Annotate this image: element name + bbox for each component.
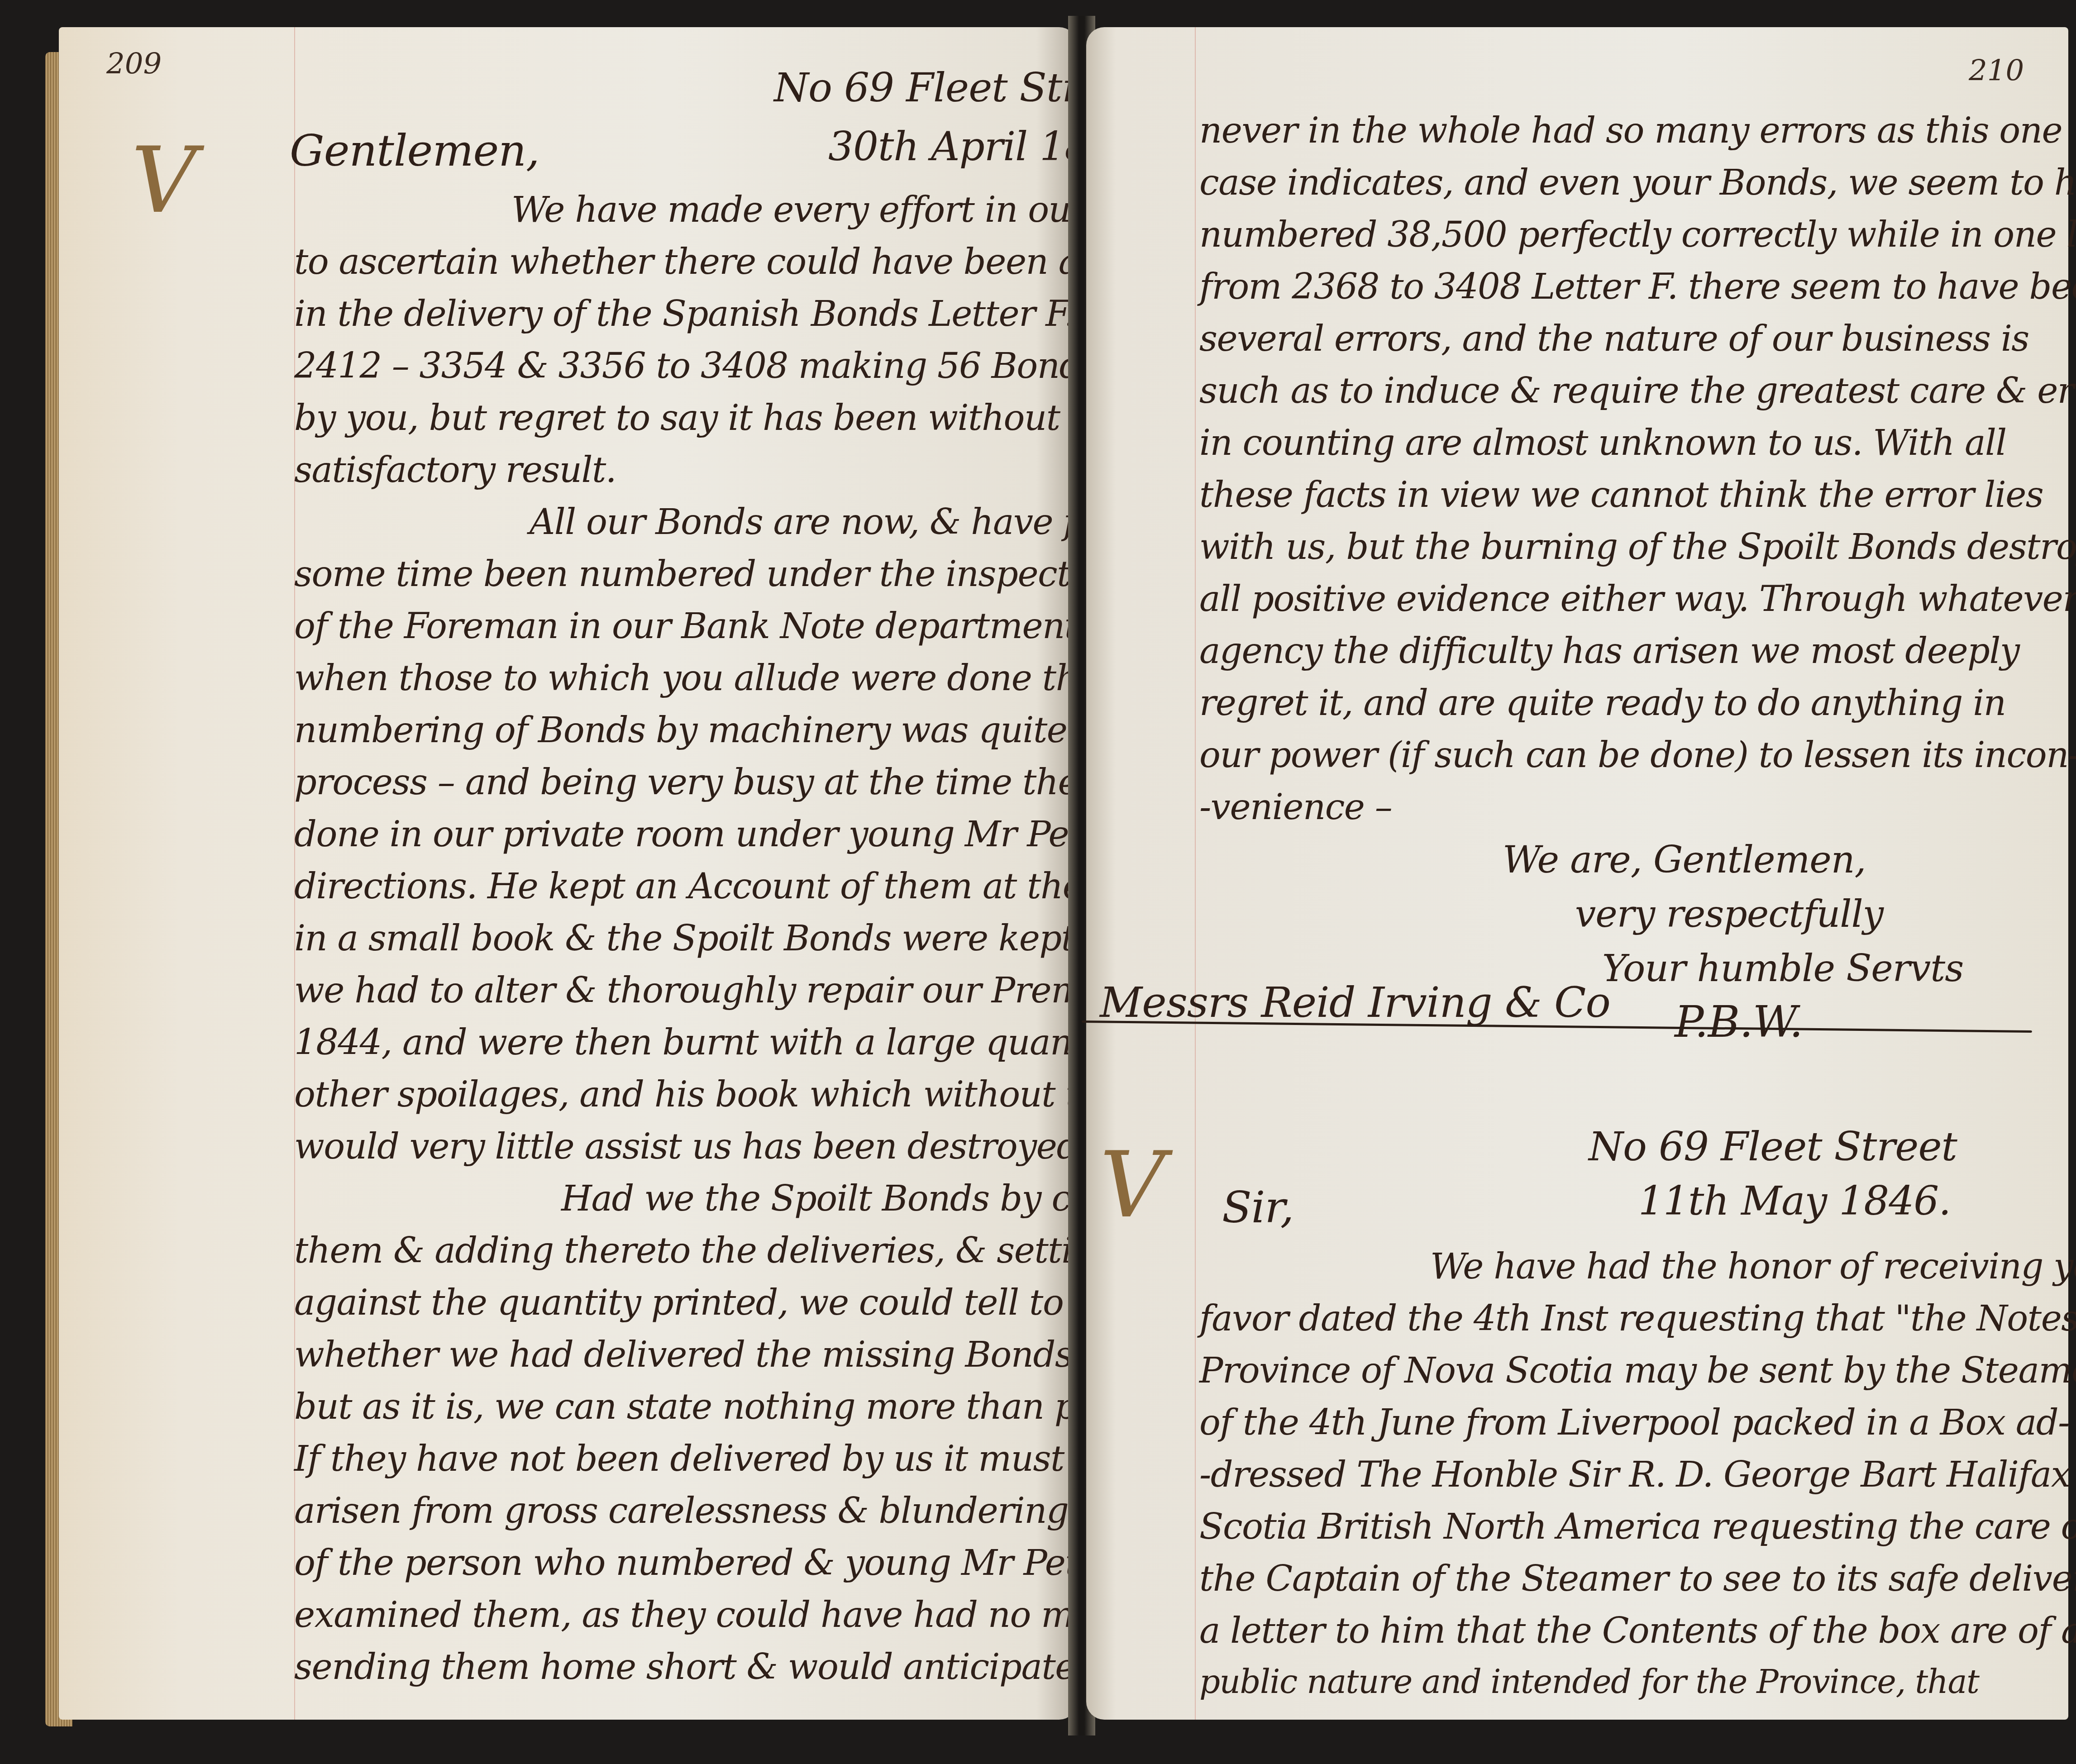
- letter-line: several errors, and the nature of our bu…: [1199, 321, 2029, 357]
- letter-line: in a small book & the Spoilt Bonds were …: [294, 921, 1164, 956]
- letter-salutation: Gentlemen,: [290, 129, 539, 172]
- letter-line: of the person who numbered & young Mr Pe…: [294, 1545, 1203, 1581]
- letter-line: agency the difficulty has arisen we most…: [1199, 634, 2019, 669]
- letter-line: examined them, as they could have had no…: [294, 1597, 1158, 1633]
- letter-line: from 2368 to 3408 Letter F. there seem t…: [1199, 269, 2076, 305]
- letter-line: never in the whole had so many errors as…: [1199, 113, 2062, 148]
- letter-line: process – and being very busy at the tim…: [294, 765, 1194, 800]
- closing-line: Your humble Servts: [1602, 950, 1963, 987]
- letter-line: when those to which you allude were done…: [294, 661, 1098, 696]
- letter-line: Scotia British North America requesting …: [1199, 1509, 2076, 1545]
- signature: P.B.W.: [1675, 1000, 1803, 1044]
- letter-line: numbering of Bonds by machinery was quit…: [294, 713, 1180, 748]
- letter-line: -dressed The Honble Sir R. D. George Bar…: [1199, 1457, 2076, 1492]
- letter-date: 11th May 1846.: [1638, 1181, 1951, 1221]
- left-page: 209 V No 69 Fleet Street 30th April 1846…: [59, 27, 1077, 1720]
- letter-line: All our Bonds are now, & have for: [530, 505, 1112, 540]
- letter-line: numbered 38,500 perfectly correctly whil…: [1199, 217, 2076, 253]
- letter-salutation: Sir,: [1222, 1186, 1293, 1229]
- letter-line: If they have not been delivered by us it…: [294, 1441, 1156, 1477]
- letter-line: such as to induce & require the greatest…: [1199, 373, 2076, 409]
- letter-line: satisfactory result.: [294, 453, 616, 488]
- letter-line: case indicates, and even your Bonds, we …: [1199, 165, 2076, 200]
- letter-line: these facts in view we cannot think the …: [1199, 477, 2043, 513]
- letter-line: the Captain of the Steamer to see to its…: [1199, 1561, 2076, 1597]
- letter-line: a letter to him that the Contents of the…: [1199, 1613, 2076, 1649]
- check-mark-icon: V: [131, 136, 196, 226]
- letter-line: Province of Nova Scotia may be sent by t…: [1199, 1353, 2076, 1388]
- letter-line: some time been numbered under the inspec…: [294, 557, 1124, 592]
- letter-line: public nature and intended for the Provi…: [1199, 1665, 1979, 1698]
- letter-line: 1844, and were then burnt with a large q…: [294, 1025, 1173, 1060]
- letter-line: favor dated the 4th Inst requesting that…: [1199, 1301, 2076, 1336]
- letter-line: -venience –: [1199, 790, 1392, 825]
- right-page: 210 never in the whole had so many error…: [1086, 27, 2068, 1720]
- letter-address: No 69 Fleet Street: [1589, 1127, 1957, 1167]
- letter-line: by you, but regret to say it has been wi…: [294, 400, 1132, 436]
- letter-line: of the Foreman in our Bank Note departme…: [294, 609, 1156, 644]
- margin-rule: [1195, 27, 1196, 1720]
- letter-line: all positive evidence either way. Throug…: [1199, 582, 2076, 617]
- check-mark-icon: V: [1100, 1140, 1165, 1231]
- letter-line: directions. He kept an Account of them a…: [294, 869, 1170, 904]
- letter-line: whether we had delivered the missing Bon…: [294, 1337, 1186, 1373]
- letter-line: our power (if such can be done) to lesse…: [1199, 738, 2076, 773]
- closing-line: very respectfully: [1575, 896, 1883, 933]
- letter-line: with us, but the burning of the Spoilt B…: [1199, 529, 2076, 565]
- page-number-right: 210: [1969, 54, 2024, 88]
- letter-line: done in our private room under young Mr …: [294, 817, 1150, 852]
- letter-line: in counting are almost unknown to us. Wi…: [1199, 425, 2006, 461]
- letter-line: of the 4th June from Liverpool packed in…: [1199, 1405, 2069, 1440]
- closing-line: We are, Gentlemen,: [1503, 842, 1866, 879]
- recipient: Messrs Reid Irving & Co: [1100, 982, 1610, 1024]
- letter-line: sending them home short & would anticipa…: [294, 1650, 1183, 1685]
- page-number-left: 209: [106, 48, 162, 81]
- letter-line: We have had the honor of receiving your: [1430, 1249, 2076, 1284]
- letter-line: would very little assist us has been des…: [294, 1129, 1168, 1164]
- letter-line: regret it, and are quite ready to do any…: [1199, 686, 2005, 721]
- letter-line: we had to alter & thoroughly repair our …: [294, 973, 1193, 1008]
- ledger-spread: 209 V No 69 Fleet Street 30th April 1846…: [32, 16, 2068, 1735]
